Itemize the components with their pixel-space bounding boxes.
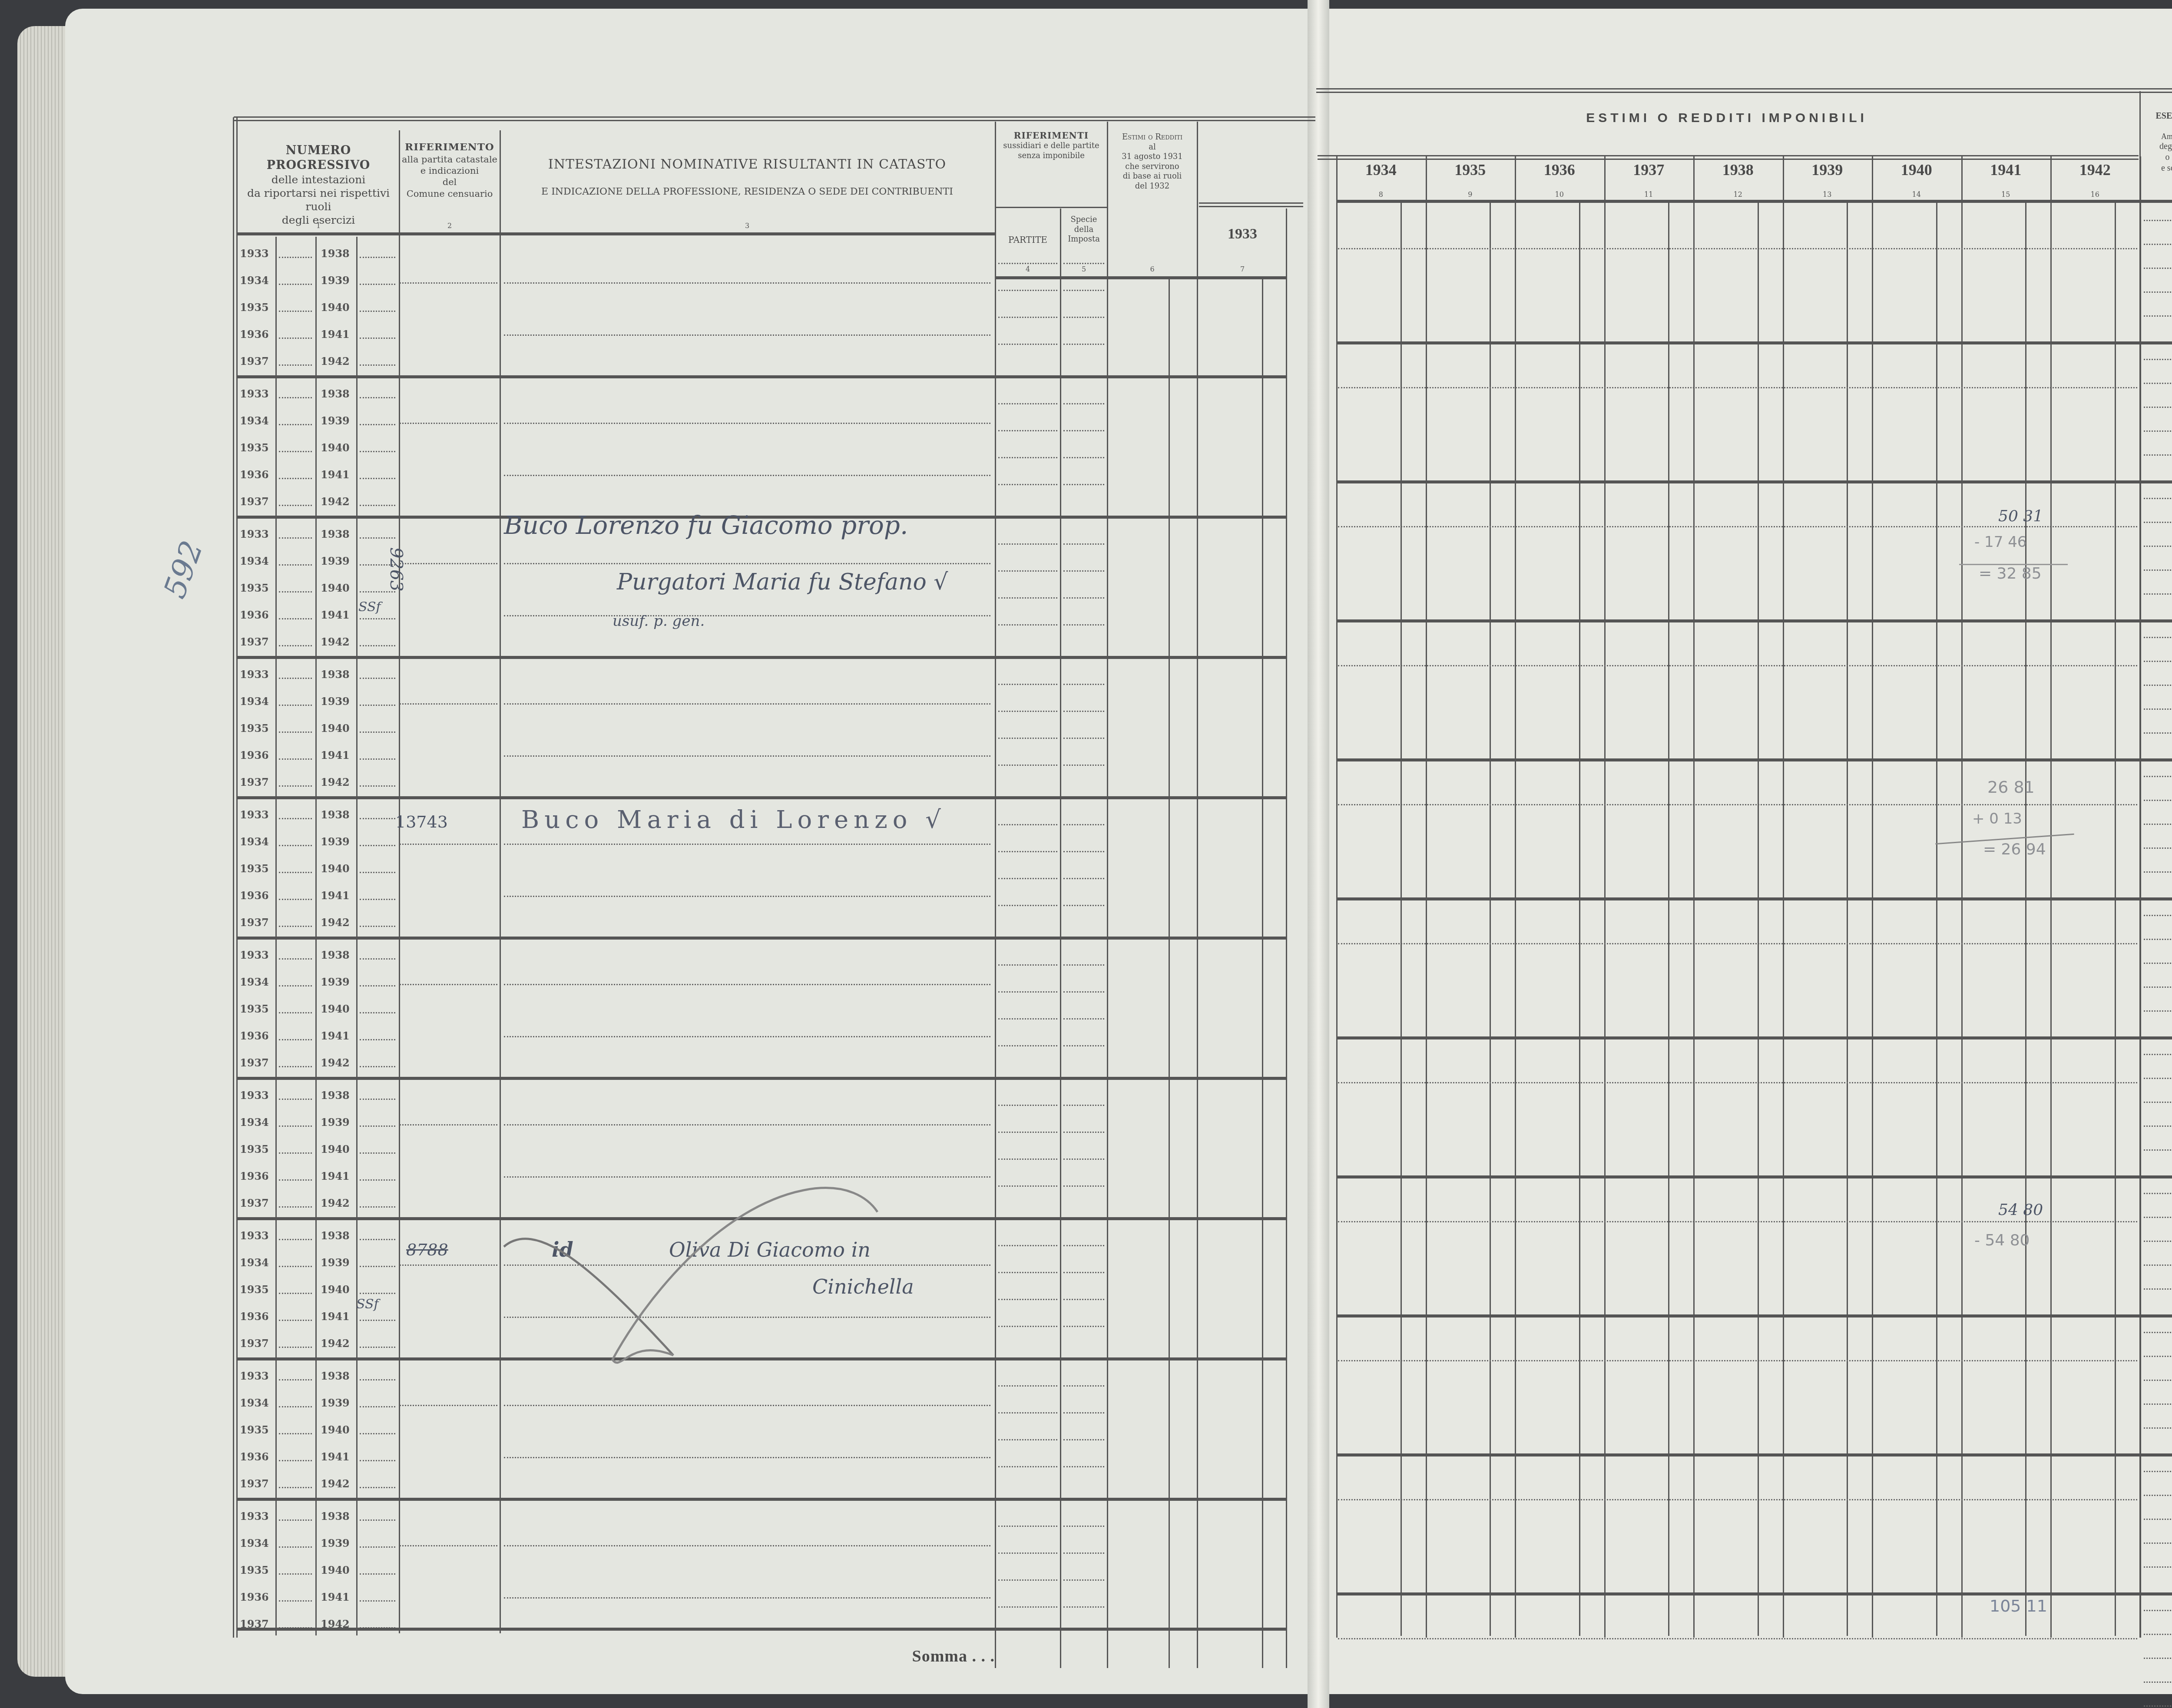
dotted-fill-line [360, 1239, 395, 1240]
dotted-fill-line [504, 844, 990, 845]
dotted-fill-line [360, 618, 395, 619]
year-label: 1934 [240, 414, 269, 427]
dotted-fill-line [998, 484, 1057, 485]
dotted-fill-line [998, 1299, 1057, 1300]
entry-line: Buco Lorenzo fu Giacomo prop. [504, 510, 908, 540]
dotted-fill-line [998, 878, 1057, 879]
dotted-fill-line [998, 964, 1057, 966]
subcol-divider [1262, 278, 1263, 1668]
col-divider [1693, 156, 1695, 1638]
year-label: 1941 [321, 468, 350, 481]
dotted-fill-line [998, 344, 1057, 345]
dotted-fill-line [279, 591, 312, 593]
dotted-fill-line [2144, 1356, 2172, 1357]
dotted-fill-line [2144, 383, 2172, 384]
dotted-fill-line [1063, 1299, 1104, 1300]
year-label: 1938 [321, 1370, 350, 1382]
dotted-fill-line [360, 1293, 395, 1294]
dotted-fill-line [2144, 268, 2172, 269]
entry-mark: SSf [358, 599, 381, 615]
col-number: 14 [1872, 190, 1961, 199]
dotted-fill-line [400, 984, 497, 985]
amount-1941: - 54 80 [1974, 1231, 2030, 1249]
dotted-fill-line [360, 1012, 395, 1013]
year-label: 1936 [240, 1310, 269, 1323]
year-label: 1942 [321, 776, 350, 788]
header-subdivider [1199, 202, 1303, 207]
year-label: 1933 [240, 668, 269, 681]
dotted-fill-line [1063, 1159, 1104, 1160]
header-col17-sub: degli estimi [2141, 141, 2172, 152]
dotted-fill-line [1338, 1499, 2137, 1500]
header-col5-title: della [1061, 225, 1107, 235]
header-bottom-rule [236, 232, 995, 235]
year-header: 1936 [1515, 161, 1604, 179]
subcol-divider [1936, 202, 1937, 1636]
dotted-fill-line [998, 1552, 1057, 1554]
header-col17: ESENZIONI — Ammontare degli estimi o red… [2141, 111, 2172, 174]
dotted-fill-line [1063, 1132, 1104, 1133]
dotted-fill-line [360, 505, 395, 506]
dotted-fill-line [504, 1597, 990, 1599]
dotted-fill-line [1063, 457, 1104, 458]
year-label: 1942 [321, 916, 350, 929]
dotted-fill-line [504, 1405, 990, 1406]
block-rule [1336, 758, 2172, 761]
dotted-fill-line [279, 899, 312, 900]
subcol-divider [1401, 202, 1402, 1636]
dotted-fill-line [2144, 708, 2172, 710]
year-label: 1935 [240, 582, 269, 594]
dotted-fill-line [279, 1546, 312, 1548]
dotted-fill-line [279, 732, 312, 733]
dotted-fill-line [360, 1347, 395, 1348]
dotted-fill-line [1063, 624, 1104, 626]
dotted-fill-line [279, 872, 312, 873]
header-col4: PARTITE [996, 235, 1060, 245]
amount-1941: = 32 85 [1979, 565, 2042, 583]
year-label: 1937 [240, 1477, 269, 1490]
header-col3-title: INTESTAZIONI NOMINATIVE RISULTANTI IN CA… [502, 156, 993, 173]
year-header: 1941 [1961, 161, 2051, 179]
dotted-fill-line [1338, 526, 2137, 527]
col-divider [500, 130, 501, 1633]
dotted-fill-line [998, 1105, 1057, 1106]
dotted-fill-line [1063, 1272, 1104, 1273]
dotted-fill-line [2144, 637, 2172, 638]
block-rule [1336, 1036, 2172, 1039]
header-col5: Specie della Imposta [1061, 215, 1107, 245]
year-label: 1934 [240, 1256, 269, 1269]
dotted-fill-line [360, 364, 395, 366]
dotted-fill-line [279, 1012, 312, 1013]
header-col1-sub: da riportarsi nei rispettivi ruoli [238, 186, 399, 214]
year-label: 1938 [321, 1510, 350, 1523]
estimi-title: ESTIMI O REDDITI IMPONIBILI [1316, 111, 2137, 126]
year-label: 1940 [321, 1003, 350, 1015]
block-rule [236, 1498, 1286, 1501]
header-col2-sub: del [400, 176, 500, 188]
dotted-fill-line [998, 765, 1057, 766]
block-rule [236, 656, 1286, 659]
dotted-fill-line [279, 1406, 312, 1407]
dotted-fill-line [2144, 871, 2172, 873]
year-label: 1939 [321, 414, 350, 427]
header-col6-line: che servirono [1108, 162, 1197, 172]
dotted-fill-line [1063, 1606, 1104, 1608]
dotted-fill-line [2144, 1149, 2172, 1151]
dotted-fill-line [2144, 244, 2172, 245]
dotted-fill-line [360, 845, 395, 846]
header-col2-sub: alla partita catastale [400, 154, 500, 165]
dotted-fill-line [1063, 597, 1104, 599]
year-label: 1938 [321, 247, 350, 260]
year-label: 1942 [321, 1197, 350, 1209]
header-subdivider [996, 207, 1107, 208]
year-label: 1935 [240, 1143, 269, 1155]
dotted-fill-line [2144, 963, 2172, 964]
header-col45: RIFERIMENTI sussidiari e delle partite s… [996, 130, 1107, 161]
dotted-fill-line [998, 543, 1057, 545]
dotted-fill-line [1063, 344, 1104, 345]
dotted-fill-line [1063, 1385, 1104, 1387]
col-number: 7 [1199, 265, 1286, 273]
header-col45-sub: sussidiari e delle partite [996, 141, 1107, 151]
dotted-fill-line [998, 570, 1057, 572]
dotted-fill-line [279, 678, 312, 679]
entry-line: Buco Maria di Lorenzo √ [521, 806, 946, 834]
year-label: 1941 [321, 1170, 350, 1182]
partita-number: 8788 [406, 1240, 448, 1259]
subcol-divider [1169, 278, 1170, 1668]
dotted-fill-line [504, 984, 990, 985]
dotted-fill-line [2144, 1125, 2172, 1127]
dotted-fill-line [279, 618, 312, 619]
dotted-fill-line [1338, 1221, 2137, 1222]
header-col4-title: PARTITE [996, 235, 1060, 245]
dotted-fill-line [1063, 1526, 1104, 1527]
col-divider [2050, 156, 2052, 1638]
dotted-fill-line [279, 1266, 312, 1267]
col-divider [1961, 156, 1963, 1638]
amount-1941: - 17 46 [1974, 533, 2026, 551]
year-label: 1937 [240, 1197, 269, 1209]
year-label: 1942 [321, 355, 350, 367]
col-divider [1107, 122, 1108, 1668]
dotted-fill-line [1063, 1552, 1104, 1554]
dotted-fill-line [360, 872, 395, 873]
year-label: 1939 [321, 1537, 350, 1549]
dotted-fill-line [1063, 824, 1104, 825]
year-label: 1935 [240, 1283, 269, 1296]
year-label: 1933 [240, 1370, 269, 1382]
dotted-fill-line [279, 257, 312, 258]
dotted-fill-line [400, 1405, 497, 1406]
dotted-fill-line [1063, 905, 1104, 906]
dotted-fill-line [279, 1347, 312, 1348]
col-divider [1286, 209, 1287, 1668]
dotted-fill-line [279, 505, 312, 506]
dotted-fill-line [360, 257, 395, 258]
dotted-fill-line [2144, 800, 2172, 801]
header-col5-title: Imposta [1061, 235, 1107, 245]
header-col3-sub: E INDICAZIONE DELLA PROFESSIONE, RESIDEN… [502, 186, 993, 198]
year-label: 1938 [321, 808, 350, 821]
year-label: 1936 [240, 609, 269, 621]
subcol-divider [1579, 202, 1580, 1636]
dotted-fill-line [998, 1579, 1057, 1581]
subcol-divider [2115, 202, 2116, 1636]
dotted-fill-line [2144, 569, 2172, 571]
dotted-fill-line [360, 1600, 395, 1602]
year-label: 1935 [240, 441, 269, 454]
dotted-fill-line [2144, 1610, 2172, 1611]
dotted-fill-line [360, 311, 395, 312]
dotted-fill-line [1063, 290, 1104, 291]
col-number: 9 [1426, 190, 1515, 199]
dotted-fill-line [360, 1546, 395, 1548]
dotted-fill-line [1063, 1466, 1104, 1467]
dotted-fill-line [2144, 430, 2172, 432]
header-col45-title: RIFERIMENTI [996, 130, 1107, 141]
dotted-fill-line [998, 684, 1057, 685]
header-col7-year: 1933 [1199, 226, 1286, 242]
dotted-fill-line [279, 424, 312, 425]
dotted-fill-line [1338, 1638, 2137, 1639]
block-rule [1336, 1453, 2172, 1456]
dotted-fill-line [360, 1266, 395, 1267]
dotted-fill-line [998, 711, 1057, 712]
dotted-fill-line [279, 1320, 312, 1321]
dotted-fill-line [360, 958, 395, 960]
dotted-fill-line [2144, 986, 2172, 988]
dotted-fill-line [279, 705, 312, 706]
col-divider [1515, 156, 1516, 1638]
dotted-fill-line [1063, 991, 1104, 993]
dotted-fill-line [2144, 498, 2172, 499]
dotted-fill-line [400, 423, 497, 424]
dotted-fill-line [998, 430, 1057, 431]
year-label: 1935 [240, 301, 269, 314]
dotted-fill-line [279, 958, 312, 960]
dotted-fill-line [279, 1519, 312, 1521]
dotted-fill-line [360, 1320, 395, 1321]
dotted-fill-line [1063, 1185, 1104, 1187]
year-label: 1934 [240, 835, 269, 848]
header-col17-sub: e scadenze [2141, 163, 2172, 174]
dotted-fill-line [504, 896, 990, 897]
dotted-fill-line [504, 1124, 990, 1125]
dotted-fill-line [2144, 220, 2172, 221]
year-label: 1933 [240, 528, 269, 540]
year-label: 1936 [240, 1170, 269, 1182]
col-divider [995, 122, 996, 1668]
dotted-fill-line [279, 397, 312, 398]
year-label: 1938 [321, 668, 350, 681]
dotted-fill-line [360, 537, 395, 539]
dotted-fill-line [1063, 1326, 1104, 1327]
header-col6-line: di base ai ruoli [1108, 172, 1197, 182]
block-rule [1336, 480, 2172, 483]
dotted-fill-line [360, 1152, 395, 1154]
col-divider [1783, 156, 1784, 1638]
subcol-divider [1490, 202, 1491, 1636]
dotted-fill-line [2144, 1658, 2172, 1659]
col-number: 11 [1604, 190, 1694, 199]
dotted-fill-line [1063, 403, 1104, 404]
dotted-fill-line [279, 364, 312, 366]
block-rule [1336, 341, 2172, 344]
year-label: 1934 [240, 1116, 269, 1129]
dotted-fill-line [998, 457, 1057, 458]
year-label: 1937 [240, 1056, 269, 1069]
year-label: 1938 [321, 387, 350, 400]
dotted-fill-line [2144, 1264, 2172, 1266]
dotted-fill-line [998, 317, 1057, 318]
dotted-fill-line [504, 1457, 990, 1458]
dotted-fill-line [1063, 1045, 1104, 1046]
year-label: 1934 [240, 695, 269, 708]
year-header: 1935 [1426, 161, 1515, 179]
dotted-fill-line [2144, 776, 2172, 777]
header-col17-title: ESENZIONI [2141, 111, 2172, 122]
col-number: 13 [1783, 190, 1872, 199]
dotted-fill-line [2144, 359, 2172, 360]
dotted-fill-line [360, 985, 395, 986]
dotted-fill-line [360, 397, 395, 398]
dotted-fill-line [1338, 804, 2137, 805]
dotted-fill-line [504, 1545, 990, 1546]
amount-1941: 54 80 [1998, 1201, 2043, 1219]
dotted-fill-line [360, 1179, 395, 1181]
year-header: 1939 [1783, 161, 1872, 179]
col-number: 10 [1515, 190, 1604, 199]
year-label: 1933 [240, 949, 269, 961]
dotted-fill-line [279, 926, 312, 927]
header-col5-title: Specie [1061, 215, 1107, 225]
year-label: 1933 [240, 1089, 269, 1102]
dotted-fill-line [279, 1460, 312, 1461]
dotted-fill-line [998, 905, 1057, 906]
left-page [65, 9, 1318, 1694]
header-col17-sub: o redditi [2141, 152, 2172, 163]
dotted-fill-line [2144, 732, 2172, 734]
dotted-fill-line [2144, 1634, 2172, 1635]
dotted-fill-line [400, 1545, 497, 1546]
year-label: 1939 [321, 555, 350, 567]
dotted-fill-line [279, 758, 312, 760]
year-label: 1939 [321, 274, 350, 287]
dotted-fill-line [2144, 1403, 2172, 1405]
dotted-fill-line [998, 1132, 1057, 1133]
dotted-fill-line [279, 451, 312, 452]
year-label: 1937 [240, 495, 269, 508]
dotted-fill-line [400, 844, 497, 845]
col-number: 6 [1108, 265, 1197, 273]
dotted-fill-line [2144, 1102, 2172, 1103]
dotted-fill-line [504, 703, 990, 705]
col-divider [1426, 156, 1427, 1638]
dotted-fill-line [2144, 1078, 2172, 1079]
dotted-fill-line [2144, 1471, 2172, 1472]
dotted-fill-line [1338, 387, 2137, 388]
subcol-divider [315, 237, 317, 1635]
dotted-fill-line [2144, 1054, 2172, 1055]
header-col6-title: Estimi o Redditi [1108, 132, 1197, 142]
year-label: 1941 [321, 749, 350, 761]
dotted-fill-line [998, 824, 1057, 825]
subcol-divider [1847, 202, 1848, 1636]
year-label: 1935 [240, 1003, 269, 1015]
year-label: 1941 [321, 1591, 350, 1603]
dotted-fill-line [279, 1600, 312, 1602]
year-label: 1934 [240, 1397, 269, 1409]
sum-label: Somma . . . [864, 1646, 995, 1667]
col-number: 2 [400, 222, 500, 230]
dotted-fill-line [279, 537, 312, 539]
dotted-fill-line [279, 1573, 312, 1575]
year-label: 1933 [240, 247, 269, 260]
dotted-fill-line [2144, 661, 2172, 662]
year-label: 1936 [240, 328, 269, 341]
dotted-fill-line [279, 1379, 312, 1380]
entry-line: usuf. p. gen. [613, 612, 705, 630]
dotted-fill-line [360, 1099, 395, 1100]
dotted-fill-line [1063, 430, 1104, 431]
dotted-fill-line [2144, 407, 2172, 408]
year-label: 1942 [321, 495, 350, 508]
dotted-fill-line [504, 755, 990, 757]
year-label: 1940 [321, 301, 350, 314]
amount-1941: 50 31 [1998, 507, 2043, 525]
year-label: 1942 [321, 1477, 350, 1490]
header-col6-line: al [1108, 142, 1197, 152]
dotted-fill-line [998, 1159, 1057, 1160]
col-divider [1336, 156, 1338, 1638]
block-rule [1336, 1314, 2172, 1317]
year-label: 1933 [240, 808, 269, 821]
dotted-fill-line [279, 818, 312, 819]
year-label: 1940 [321, 1423, 350, 1436]
dotted-fill-line [2144, 1193, 2172, 1194]
year-label: 1938 [321, 1089, 350, 1102]
dotted-fill-line [279, 1039, 312, 1040]
header-col1-sub: delle intestazioni [238, 173, 399, 186]
col-number: 12 [1693, 190, 1783, 199]
dotted-fill-line [2144, 824, 2172, 825]
dotted-fill-line [2144, 685, 2172, 686]
dotted-fill-line [504, 423, 990, 424]
dotted-fill-line [360, 1406, 395, 1407]
entry-mark: SSf [356, 1297, 379, 1312]
year-label: 1934 [240, 555, 269, 567]
dotted-fill-line [998, 597, 1057, 599]
dotted-fill-line [2144, 1566, 2172, 1568]
header-col6-line: 31 agosto 1931 [1108, 152, 1197, 162]
dotted-fill-line [1338, 665, 2137, 666]
dotted-fill-line [504, 334, 990, 336]
dotted-fill-line [2144, 291, 2172, 293]
col-number: 16 [2050, 190, 2140, 199]
year-label: 1940 [321, 582, 350, 594]
dotted-fill-line [360, 705, 395, 706]
amount-1941: 26 81 [1987, 778, 2035, 797]
year-label: 1933 [240, 1229, 269, 1242]
dotted-fill-line [1063, 1439, 1104, 1440]
subcol-divider [356, 237, 358, 1635]
years-top-rule [1318, 155, 2139, 160]
block-rule [1336, 1175, 2172, 1178]
